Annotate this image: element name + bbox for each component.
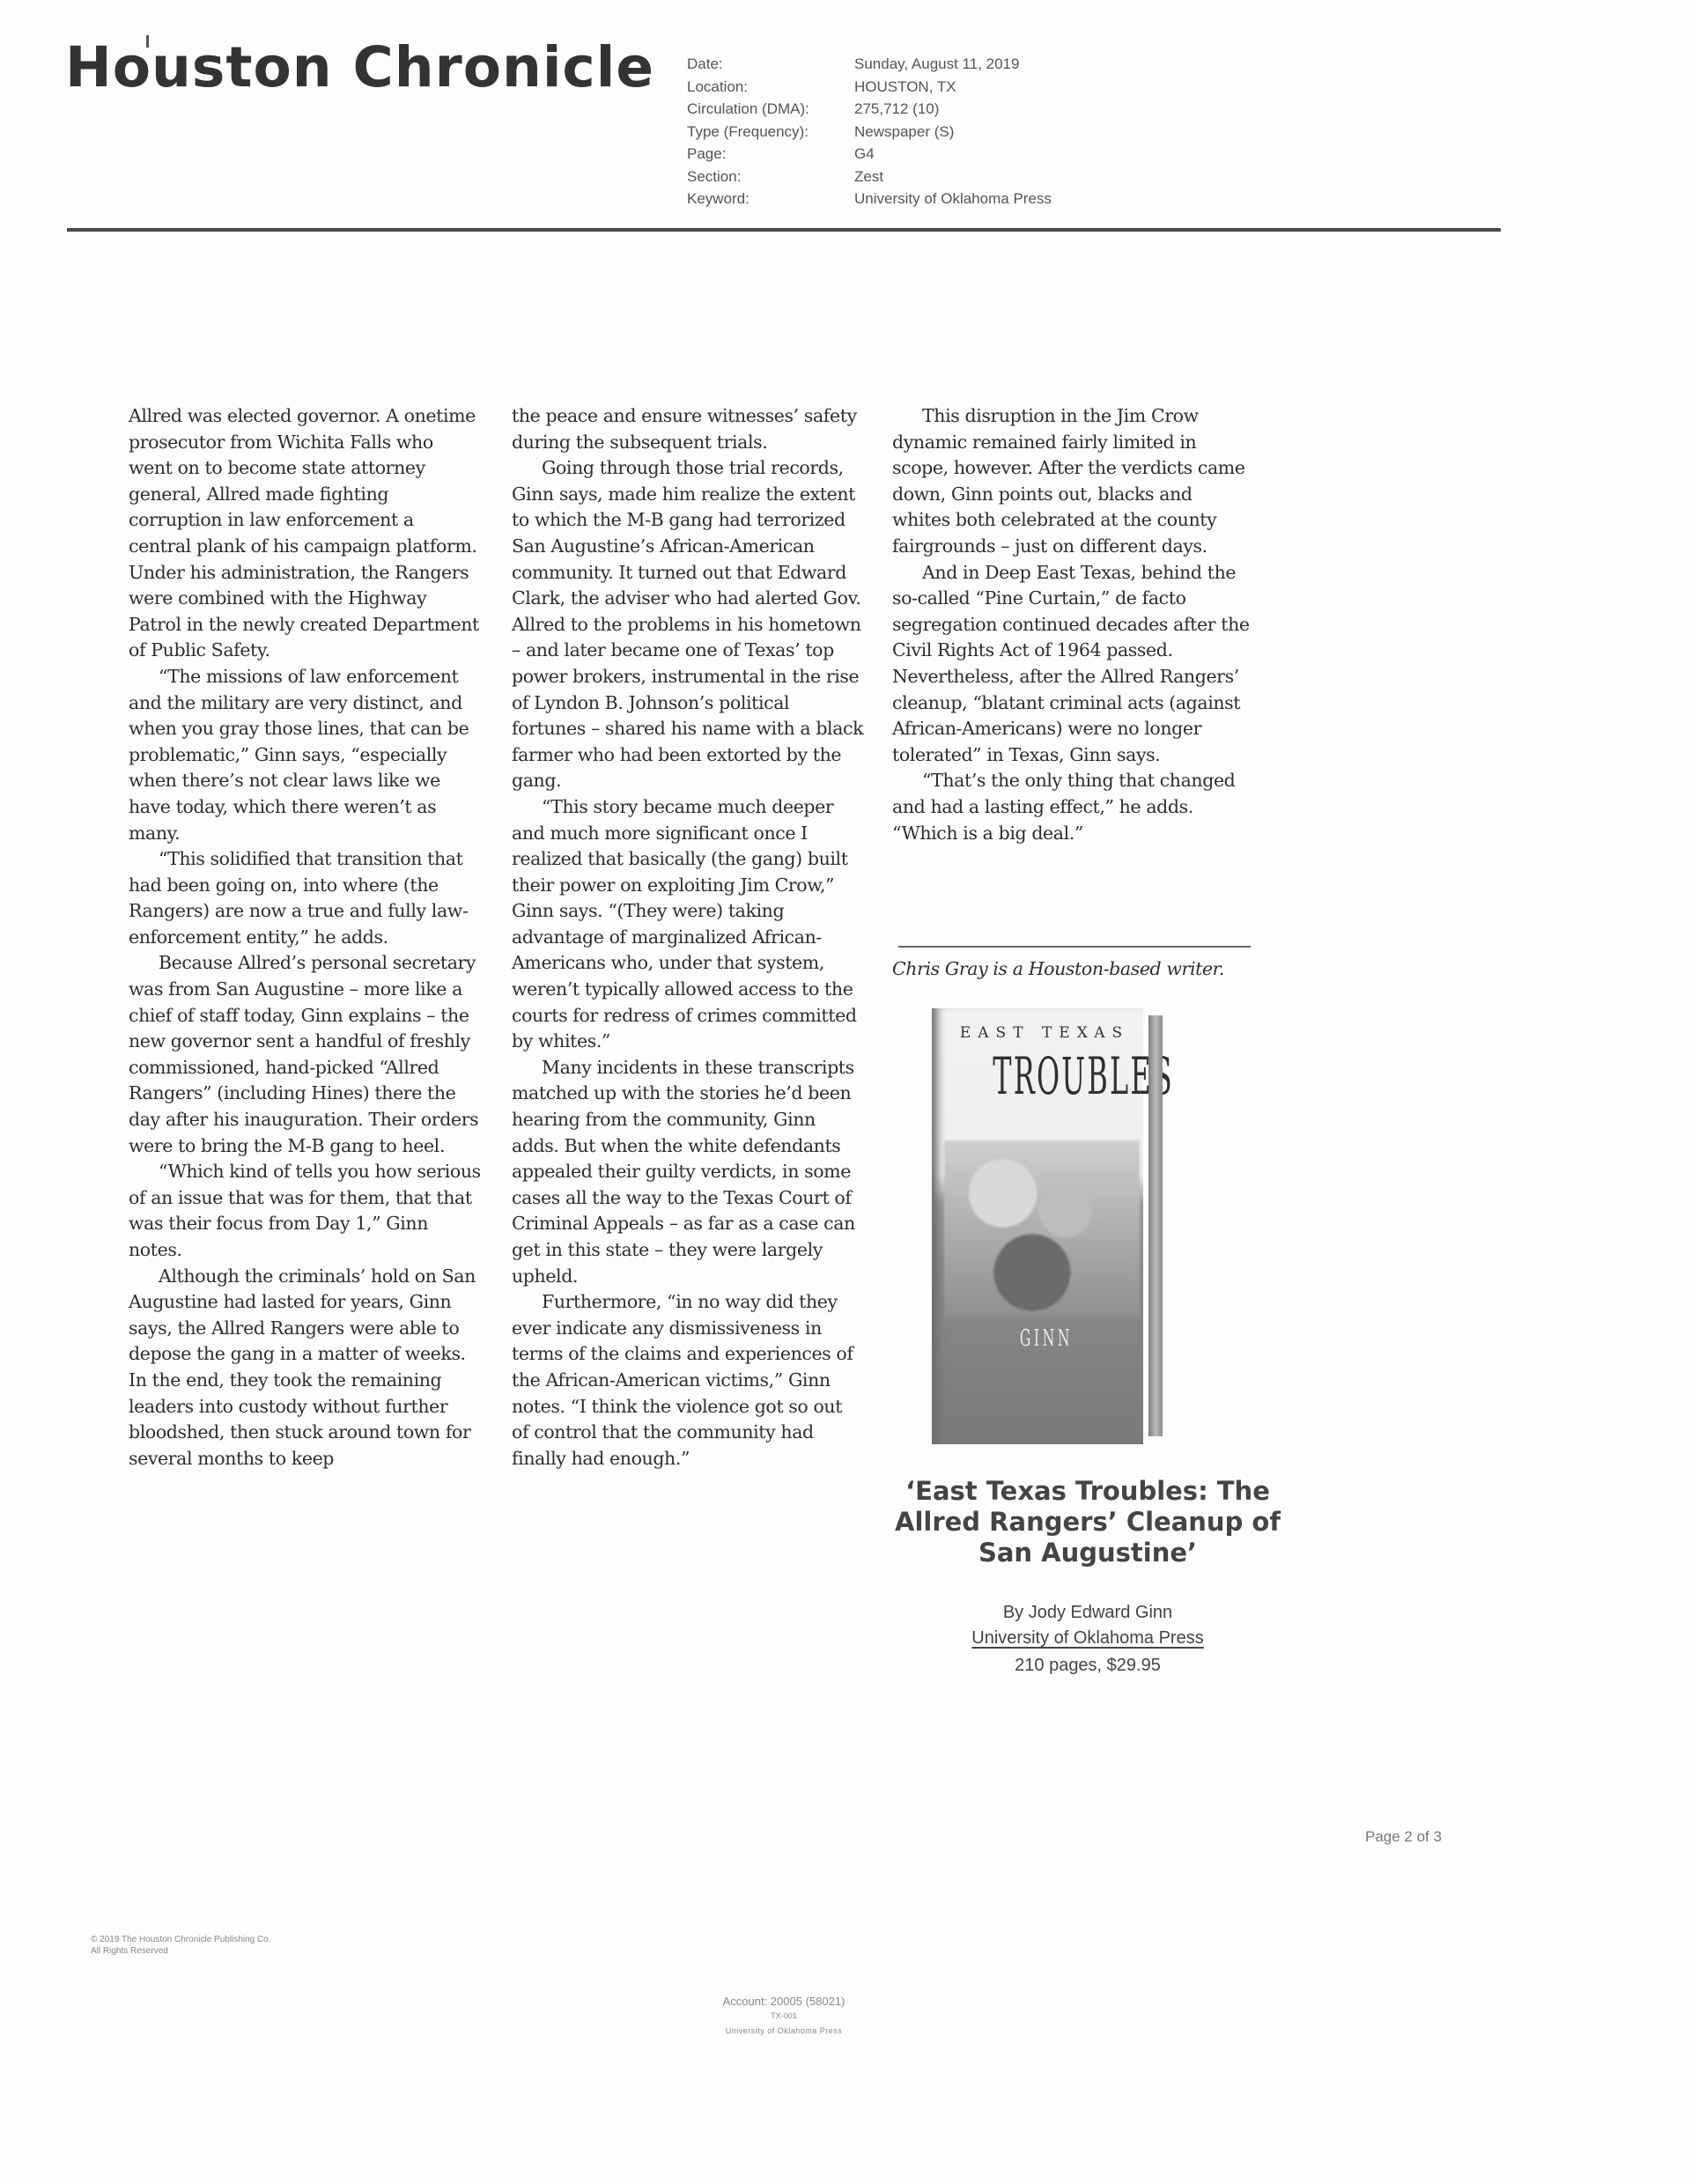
copyright-line: All Rights Reserved bbox=[91, 1945, 425, 1957]
cover-photo bbox=[944, 1140, 1140, 1317]
meta-label: Location: bbox=[687, 76, 854, 99]
paragraph: Going through those trial records, Ginn … bbox=[512, 455, 864, 794]
paragraph: Many incidents in these transcripts matc… bbox=[512, 1055, 864, 1289]
account-note: University of Oklahoma Press bbox=[599, 2024, 969, 2039]
meta-row-type: Type (Frequency):Newspaper (S) bbox=[687, 121, 1052, 144]
cover-author: GINN bbox=[993, 1325, 1099, 1352]
masthead-title: Houston Chronicle bbox=[65, 37, 654, 99]
header-rule bbox=[67, 228, 1501, 232]
copyright-line: © 2019 The Houston Chronicle Publishing … bbox=[91, 1934, 425, 1945]
meta-label: Date: bbox=[687, 53, 854, 76]
meta-value: 275,712 (10) bbox=[854, 98, 939, 121]
meta-label: Page: bbox=[687, 143, 854, 166]
paragraph: the peace and ensure witnesses’ safety d… bbox=[512, 403, 864, 455]
meta-row-keyword: Keyword:University of Oklahoma Press bbox=[687, 188, 1052, 210]
meta-label: Circulation (DMA): bbox=[687, 98, 854, 121]
meta-value: Newspaper (S) bbox=[854, 121, 954, 144]
paragraph: Allred was elected governor. A onetime p… bbox=[129, 403, 481, 664]
paragraph: Although the criminals’ hold on San Augu… bbox=[129, 1264, 481, 1472]
account-id: Account: 20005 (58021) bbox=[599, 1994, 969, 2009]
meta-value: HOUSTON, TX bbox=[854, 76, 956, 99]
meta-value: University of Oklahoma Press bbox=[854, 188, 1052, 210]
meta-value: Zest bbox=[854, 166, 883, 188]
book-cover-image: EAST TEXAS TROUBLES GINN bbox=[932, 1008, 1165, 1444]
book-author: By Jody Edward Ginn bbox=[894, 1603, 1281, 1623]
meta-value: G4 bbox=[854, 143, 875, 166]
meta-value: Sunday, August 11, 2019 bbox=[854, 53, 1019, 76]
book-title: ‘East Texas Troubles: The Allred Rangers… bbox=[894, 1476, 1281, 1568]
meta-row-page: Page:G4 bbox=[687, 143, 1052, 166]
bio-divider bbox=[898, 946, 1251, 948]
paragraph: “That’s the only thing that changed and … bbox=[892, 768, 1255, 846]
book-spine bbox=[1148, 1015, 1163, 1436]
paragraph: “The missions of law enforcement and the… bbox=[129, 664, 481, 846]
paragraph: This disruption in the Jim Crow dynamic … bbox=[892, 403, 1255, 560]
article-column-2: the peace and ensure witnesses’ safety d… bbox=[512, 403, 864, 1472]
meta-row-circulation: Circulation (DMA):275,712 (10) bbox=[687, 98, 1052, 121]
article-column-3: This disruption in the Jim Crow dynamic … bbox=[892, 403, 1255, 846]
cover-eyebrow: EAST TEXAS bbox=[956, 1024, 1133, 1042]
paragraph: Because Allred’s personal secretary was … bbox=[129, 950, 481, 1159]
book-publisher: University of Oklahoma Press bbox=[894, 1628, 1281, 1649]
paragraph: Furthermore, “in no way did they ever in… bbox=[512, 1289, 864, 1472]
account-info: Account: 20005 (58021) TX-001 University… bbox=[599, 1994, 969, 2039]
account-sub: TX-001 bbox=[599, 2009, 969, 2024]
paragraph: “Which kind of tells you how serious of … bbox=[129, 1159, 481, 1263]
paragraph: “This solidified that transition that ha… bbox=[129, 846, 481, 950]
meta-row-section: Section:Zest bbox=[687, 166, 1052, 188]
meta-row-location: Location:HOUSTON, TX bbox=[687, 76, 1052, 99]
copyright-notice: © 2019 The Houston Chronicle Publishing … bbox=[91, 1934, 425, 1957]
meta-label: Keyword: bbox=[687, 188, 854, 210]
book-cover-front: EAST TEXAS TROUBLES GINN bbox=[932, 1008, 1143, 1444]
paragraph: And in Deep East Texas, behind the so-ca… bbox=[892, 560, 1255, 769]
book-details: 210 pages, $29.95 bbox=[894, 1656, 1281, 1676]
cover-title: TROUBLES bbox=[993, 1045, 1095, 1107]
page-number: Page 2 of 3 bbox=[1365, 1828, 1442, 1846]
meta-label: Section: bbox=[687, 166, 854, 188]
meta-row-date: Date:Sunday, August 11, 2019 bbox=[687, 53, 1052, 76]
article-column-1: Allred was elected governor. A onetime p… bbox=[129, 403, 481, 1472]
meta-label: Type (Frequency): bbox=[687, 121, 854, 144]
paragraph: “This story became much deeper and much … bbox=[512, 794, 864, 1055]
clipping-metadata: Date:Sunday, August 11, 2019 Location:HO… bbox=[687, 53, 1052, 210]
author-bio: Chris Gray is a Houston-based writer. bbox=[892, 956, 1255, 983]
publisher-name: University of Oklahoma Press bbox=[971, 1628, 1203, 1648]
